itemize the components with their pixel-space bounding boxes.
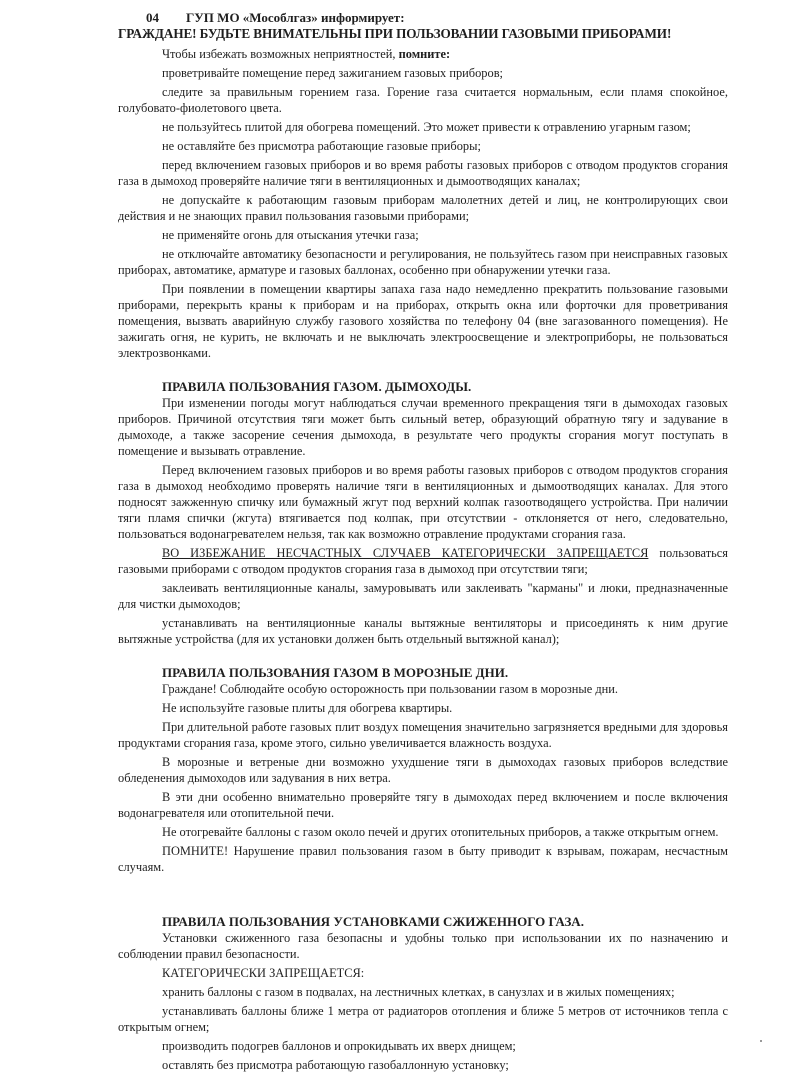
section-lpg-installations: ПРАВИЛА ПОЛЬЗОВАНИЯ УСТАНОВКАМИ СЖИЖЕННО…	[118, 913, 728, 1073]
paragraph: Не отогревайте баллоны с газом около печ…	[118, 824, 728, 840]
paragraph: В эти дни особенно внимательно проверяйт…	[118, 789, 728, 821]
remember-paragraph: ПОМНИТЕ! Нарушение правил пользования га…	[118, 843, 728, 875]
prohibited-item: устанавливать на вентиляционные каналы в…	[118, 615, 728, 647]
remember-label: помните:	[399, 47, 451, 61]
document-page: 04ГУП МО «Мособлгаз» информирует: ГРАЖДА…	[118, 10, 728, 1073]
document-title: ГРАЖДАНЕ! БУДЬТЕ ВНИМАТЕЛЬНЫ ПРИ ПОЛЬЗОВ…	[118, 26, 728, 42]
paragraph: При длительной работе газовых плит возду…	[118, 719, 728, 751]
rule-item: не пользуйтесь плитой для обогрева помещ…	[118, 119, 728, 135]
rule-item: не отключайте автоматику безопасности и …	[118, 246, 728, 278]
paragraph: Перед включением газовых приборов и во в…	[118, 462, 728, 542]
gas-leak-instructions: При появлении в помещении квартиры запах…	[118, 281, 728, 361]
header-org-line: 04ГУП МО «Мособлгаз» информирует:	[146, 10, 728, 26]
rule-item: не применяйте огонь для отыскания утечки…	[118, 227, 728, 243]
org-name: ГУП МО «Мособлгаз» информирует:	[186, 10, 405, 25]
warning-underlined: ВО ИЗБЕЖАНИЕ НЕСЧАСТНЫХ СЛУЧАЕВ КАТЕГОРИ…	[162, 546, 648, 560]
section-heading: ПРАВИЛА ПОЛЬЗОВАНИЯ УСТАНОВКАМИ СЖИЖЕННО…	[162, 913, 728, 930]
rule-item: не оставляйте без присмотра работающие г…	[118, 138, 728, 154]
rule-item: проветривайте помещение перед зажиганием…	[118, 65, 728, 81]
paragraph: В морозные и ветреные дни возможно ухудш…	[118, 754, 728, 786]
section-frosty-days: ПРАВИЛА ПОЛЬЗОВАНИЯ ГАЗОМ В МОРОЗНЫЕ ДНИ…	[118, 664, 728, 875]
section-general-rules: Чтобы избежать возможных неприятностей, …	[118, 46, 728, 361]
rule-item: перед включением газовых приборов и во в…	[118, 157, 728, 189]
warning-paragraph: ВО ИЗБЕЖАНИЕ НЕСЧАСТНЫХ СЛУЧАЕВ КАТЕГОРИ…	[118, 545, 728, 577]
prohibited-item: хранить баллоны с газом в подвалах, на л…	[118, 984, 728, 1000]
intro-paragraph: Чтобы избежать возможных неприятностей, …	[118, 46, 728, 62]
prohibited-item: оставлять без присмотра работающую газоб…	[118, 1057, 728, 1073]
prohibited-item: производить подогрев баллонов и опрокиды…	[118, 1038, 728, 1054]
prohibited-item: устанавливать баллоны ближе 1 метра от р…	[118, 1003, 728, 1035]
scan-speck	[760, 1040, 762, 1042]
paragraph: Граждане! Соблюдайте особую осторожность…	[118, 681, 728, 697]
prohibited-heading: КАТЕГОРИЧЕСКИ ЗАПРЕЩАЕТСЯ:	[118, 965, 728, 981]
paragraph: Установки сжиженного газа безопасны и уд…	[118, 930, 728, 962]
paragraph: При изменении погоды могут наблюдаться с…	[118, 395, 728, 459]
paragraph: Не используйте газовые плиты для обогрев…	[118, 700, 728, 716]
emergency-phone: 04	[146, 10, 186, 26]
prohibited-item: заклеивать вентиляционные каналы, замуро…	[118, 580, 728, 612]
rule-item: следите за правильным горением газа. Гор…	[118, 84, 728, 116]
rule-item: не допускайте к работающим газовым прибо…	[118, 192, 728, 224]
section-heading: ПРАВИЛА ПОЛЬЗОВАНИЯ ГАЗОМ. ДЫМОХОДЫ.	[162, 378, 728, 395]
section-chimneys: ПРАВИЛА ПОЛЬЗОВАНИЯ ГАЗОМ. ДЫМОХОДЫ. При…	[118, 378, 728, 647]
section-heading: ПРАВИЛА ПОЛЬЗОВАНИЯ ГАЗОМ В МОРОЗНЫЕ ДНИ…	[162, 664, 728, 681]
